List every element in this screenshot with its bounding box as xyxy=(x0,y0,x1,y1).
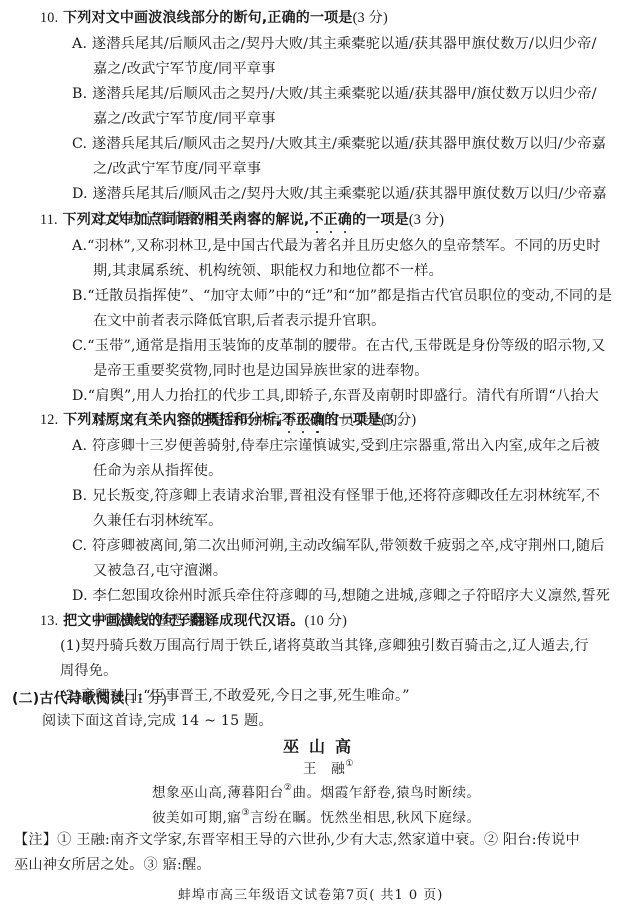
q11-option-a-cont: 期,其隶属系统、机构统领、职能权力和地位都不一样。 xyxy=(93,261,443,281)
question-11-title: 11. 下列对文中加点词语的相关内容的解说,不正确的一项是(3 分) xyxy=(40,210,444,230)
q10-option-b[interactable]: B. 遂潜兵尾其/后顺风击之契丹/大败/其主乘橐驼以遁/获其器甲/旗仗数万以归少… xyxy=(72,84,597,104)
exam-page: 10. 下列对文中画波浪线部分的断句,正确的一项是(3 分) A. 遂潜兵尾其/… xyxy=(0,0,638,916)
q12-option-a[interactable]: A. 符彦卿十三岁便善骑射,侍奉庄宗谨慎诚实,受到庄宗器重,常出入内室,成年之后… xyxy=(72,436,600,456)
q12-option-b-cont: 久兼任右羽林统军。 xyxy=(93,511,223,531)
question-13-title: 13. 把文中画横线的句子翻译成现代汉语。(10 分) xyxy=(40,611,347,631)
q12-option-c-cont: 又被急召,屯守澶渊。 xyxy=(93,561,227,581)
footnote-marker: ③ xyxy=(242,808,251,818)
q11-option-c[interactable]: C.“玉带”,通常是指用玉装饰的皮革制的腰带。在古代,玉带既是身份等级的昭示物,… xyxy=(72,336,605,356)
poem-notes-line-1: 【注】① 王融:南齐文学家,东晋宰相王导的六世孙,少有大志,然家道中衰。② 阳台… xyxy=(14,830,580,850)
q11-option-b-cont: 在文中前者表示降低官职,后者表示提升官职。 xyxy=(93,311,385,331)
section-2-heading: (二)古代诗歌阅读(11 分) xyxy=(12,689,167,709)
q10-option-d[interactable]: D. 遂潜兵尾其后/顺风击之/契丹大败/其主乘橐驼以遁/获其器甲旗仗数万以归/少… xyxy=(72,184,607,204)
q12-option-c[interactable]: C. 符彦卿被离间,第二次出师河朔,主动改编军队,带领数千疲弱之卒,戍守荆州口,… xyxy=(72,536,605,556)
q10-option-b-cont: 嘉之/改武宁军节度/同平章事 xyxy=(93,109,276,129)
poem-line-1: 想象巫山高,薄暮阳台②曲。烟霞乍舒卷,猿鸟时断续。 xyxy=(152,783,481,803)
question-10-title: 10. 下列对文中画波浪线部分的断句,正确的一项是(3 分) xyxy=(40,8,388,28)
q13-item-1-cont: 周得免。 xyxy=(60,661,118,681)
q12-option-b[interactable]: B. 兄长叛变,符彦卿上表请求治罪,晋祖没有怪罪于他,还将符彦卿改任左羽林统军,… xyxy=(72,486,600,506)
section-2-instruction: 阅读下面这首诗,完成 14 ~ 15 题。 xyxy=(42,711,273,731)
q10-option-a[interactable]: A. 遂潜兵尾其/后顺风击之/契丹大败/其主乘橐驼以遁/获其器甲旗仗数万/以归少… xyxy=(72,34,597,54)
q12-option-d[interactable]: D. 李仁恕围攻徐州时派兵牵住符彦卿的马,想随之进城,彦卿之子符昭序大义凛然,誓… xyxy=(72,586,610,606)
page-footer: 蚌埠市高三年级语文试卷第7页( 共1 0 页) xyxy=(178,886,443,906)
footnote-marker: ① xyxy=(345,759,354,769)
question-12-title: 12. 下列对原文有关内容的概括和分析,不正确的一项是(3 分) xyxy=(40,410,416,430)
q11-option-c-cont: 是帝王重要奖赏物,同时也是边国异族世家的进奉物。 xyxy=(93,361,429,381)
poem-notes-line-2: 巫山神女所居之处。③ 寤:醒。 xyxy=(14,855,211,875)
q10-option-c[interactable]: C. 遂潜兵尾其后/顺风击之契丹/大败其主/乘橐驼以遁/获其器甲旗仗数万以归/少… xyxy=(72,134,606,154)
poem-line-2: 彼美如可期,寤③言纷在瞩。怃然坐相思,秋风下庭绿。 xyxy=(152,808,481,828)
q12-option-a-cont: 任命为亲从指挥使。 xyxy=(93,461,223,481)
q10-option-c-cont: 之/改武宁军节度/同平章事 xyxy=(93,159,261,179)
q13-item-1: (1)契丹骑兵数万围高行周于铁丘,诸将莫敢当其锋,彦卿独引数百骑击之,辽人遁去,… xyxy=(60,636,589,656)
poem-author: 王 融① xyxy=(303,759,354,779)
q11-option-d[interactable]: D.“肩舆”,用人力抬扛的代步工具,即轿子,东晋及南朝时即盛行。清代有所谓“八抬… xyxy=(72,386,599,406)
q10-option-a-cont: 嘉之/改武宁军节度/同平章事 xyxy=(93,59,276,79)
q11-option-a[interactable]: A.“羽林”,又称羽林卫,是中国古代最为著名并且历史悠久的皇帝禁军。不同的历史时 xyxy=(72,236,601,256)
poem-title: 巫山高 xyxy=(283,737,361,757)
q11-option-b[interactable]: B.“迁散员指挥使”、“加守太师”中的“迁”和“加”都是指古代官员职位的变动,不… xyxy=(72,286,612,306)
